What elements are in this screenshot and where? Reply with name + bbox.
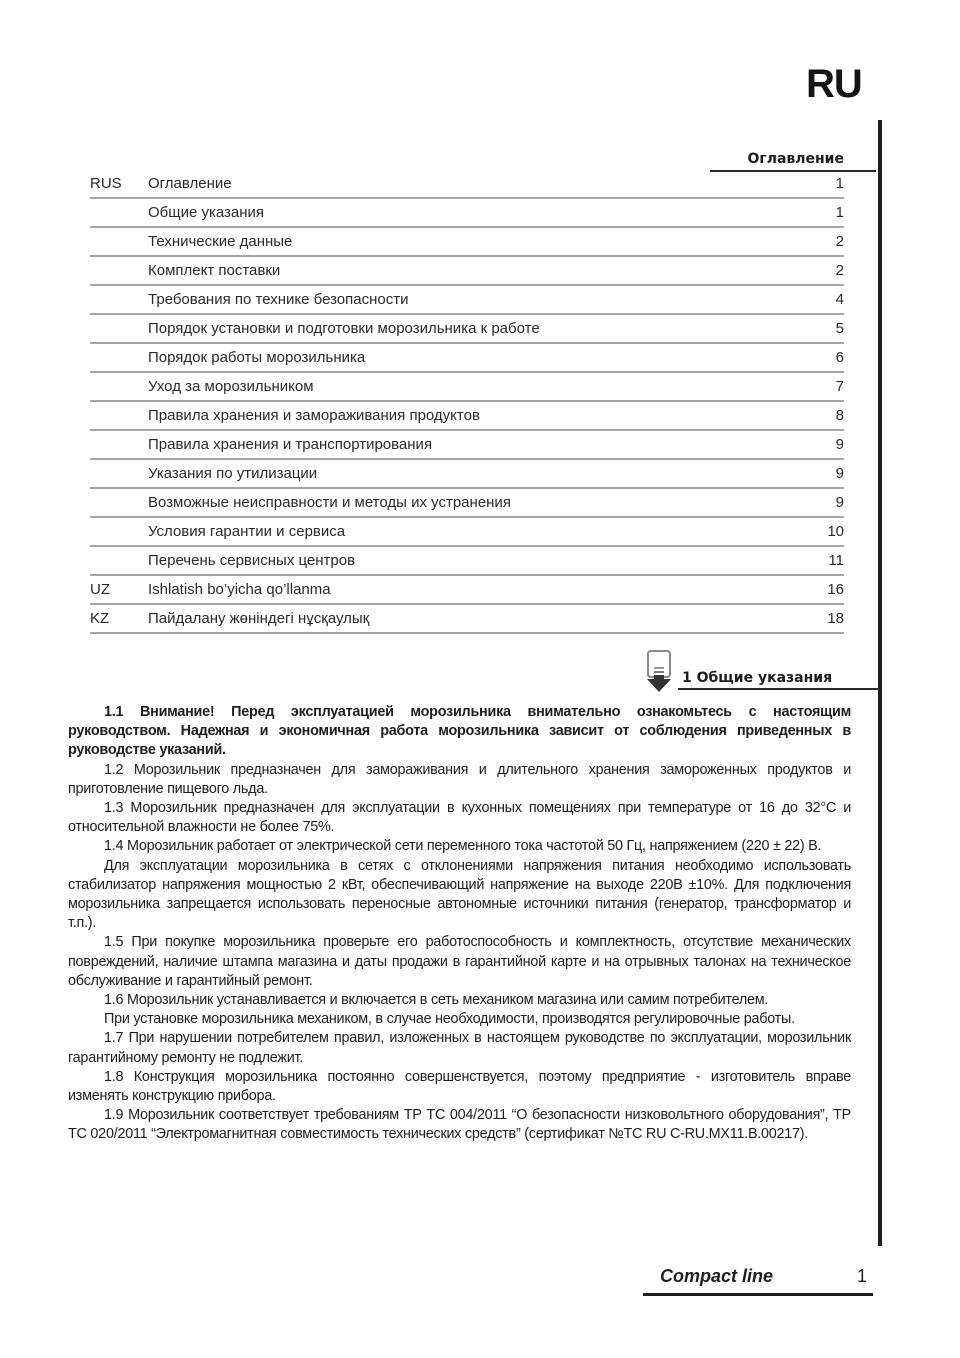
paragraph: 1.7 При нарушении потребителем правил, и…: [68, 1029, 851, 1067]
toc-page-number: 6: [836, 349, 844, 366]
section-title: 1 Общие указания: [682, 670, 832, 686]
section-body: 1.1 Внимание! Перед эксплуатацией морози…: [68, 703, 851, 1145]
toc-page-number: 16: [827, 581, 844, 598]
paragraph: 1.3 Морозильник предназначен для эксплуа…: [68, 799, 851, 837]
toc-row[interactable]: RUSОглавление1: [88, 170, 856, 199]
toc-row[interactable]: Порядок работы морозильника6: [88, 344, 856, 373]
toc-row-rule: [90, 632, 844, 634]
paragraph: 1.6 Морозильник устанавливается и включа…: [68, 991, 851, 1010]
toc-row[interactable]: Требования по технике безопасности4: [88, 286, 856, 315]
toc-page-number: 2: [836, 233, 844, 250]
toc-entry-label[interactable]: Правила хранения и замораживания продукт…: [148, 407, 480, 424]
toc-row[interactable]: Условия гарантии и сервиса10: [88, 518, 856, 547]
footer-brand: Compact line: [660, 1266, 773, 1287]
toc-language-code: UZ: [90, 581, 110, 598]
toc-language-code: RUS: [90, 175, 122, 192]
paragraph: 1.4 Морозильник работает от электрическо…: [68, 837, 851, 856]
toc-row[interactable]: Уход за морозильником7: [88, 373, 856, 402]
toc-row[interactable]: Правила хранения и замораживания продукт…: [88, 402, 856, 431]
page-footer: Compact line 1: [643, 1262, 873, 1296]
section-title-rule: [678, 688, 880, 690]
toc-row[interactable]: Правила хранения и транспортирования9: [88, 431, 856, 460]
toc-entry-label[interactable]: Перечень сервисных центров: [148, 552, 355, 569]
toc-page-number: 7: [836, 378, 844, 395]
toc-page-number: 1: [836, 175, 844, 192]
toc-entry-label[interactable]: Возможные неисправности и методы их устр…: [148, 494, 511, 511]
toc-page-number: 8: [836, 407, 844, 424]
toc-page-number: 9: [836, 436, 844, 453]
paragraph: 1.8 Конструкция морозильника постоянно с…: [68, 1068, 851, 1106]
toc-entry-label[interactable]: Общие указания: [148, 204, 264, 221]
toc-row[interactable]: Общие указания1: [88, 199, 856, 228]
toc-page-number: 2: [836, 262, 844, 279]
toc-entry-label[interactable]: Требования по технике безопасности: [148, 291, 408, 308]
toc-entry-label[interactable]: Условия гарантии и сервиса: [148, 523, 345, 540]
footer-rule: [643, 1293, 873, 1296]
toc-page-number: 1: [836, 204, 844, 221]
section-header: 1 Общие указания: [640, 650, 880, 696]
paragraph: Для эксплуатации морозильника в сетях с …: [68, 857, 851, 934]
toc-page-number: 11: [828, 552, 844, 569]
toc-entry-label[interactable]: Комплект поставки: [148, 262, 280, 279]
toc-row[interactable]: UZIshlatish bo’yicha qo’llanma16: [88, 576, 856, 605]
toc-row[interactable]: Указания по утилизации9: [88, 460, 856, 489]
toc-row[interactable]: Возможные неисправности и методы их устр…: [88, 489, 856, 518]
toc-entry-label[interactable]: Указания по утилизации: [148, 465, 317, 482]
toc-language-code: KZ: [90, 610, 109, 627]
table-of-contents: RUSОглавление1Общие указания1Технические…: [88, 170, 856, 634]
toc-page-number: 5: [836, 320, 844, 337]
toc-entry-label[interactable]: Пайдалану жөніндегі нұсқаулық: [148, 610, 369, 627]
toc-page-number: 9: [836, 494, 844, 511]
toc-page-number: 18: [827, 610, 844, 627]
paragraph: При установке морозильника механиком, в …: [68, 1010, 851, 1029]
toc-page-number: 10: [827, 523, 844, 540]
toc-entry-label[interactable]: Уход за морозильником: [148, 378, 314, 395]
toc-row[interactable]: KZПайдалану жөніндегі нұсқаулық18: [88, 605, 856, 634]
paragraph: 1.9 Морозильник соответствует требования…: [68, 1106, 851, 1144]
toc-entry-label[interactable]: Ishlatish bo’yicha qo’llanma: [148, 581, 331, 598]
language-mark: RU: [806, 62, 862, 107]
toc-entry-label[interactable]: Оглавление: [148, 175, 232, 192]
toc-page-number: 9: [836, 465, 844, 482]
paragraph: 1.2 Морозильник предназначен для замораж…: [68, 761, 851, 799]
paragraph: 1.5 При покупке морозильника проверьте е…: [68, 933, 851, 991]
toc-entry-label[interactable]: Правила хранения и транспортирования: [148, 436, 432, 453]
toc-page-number: 4: [836, 291, 844, 308]
toc-title: Оглавление: [700, 151, 844, 167]
paragraph: 1.1 Внимание! Перед эксплуатацией морози…: [68, 703, 851, 761]
toc-row[interactable]: Комплект поставки2: [88, 257, 856, 286]
download-arrow-icon: [644, 650, 674, 694]
toc-entry-label[interactable]: Порядок установки и подготовки морозильн…: [148, 320, 540, 337]
toc-row[interactable]: Порядок установки и подготовки морозильн…: [88, 315, 856, 344]
page-number: 1: [857, 1266, 867, 1287]
toc-row[interactable]: Технические данные2: [88, 228, 856, 257]
toc-entry-label[interactable]: Порядок работы морозильника: [148, 349, 365, 366]
toc-entry-label[interactable]: Технические данные: [148, 233, 292, 250]
toc-row[interactable]: Перечень сервисных центров11: [88, 547, 856, 576]
